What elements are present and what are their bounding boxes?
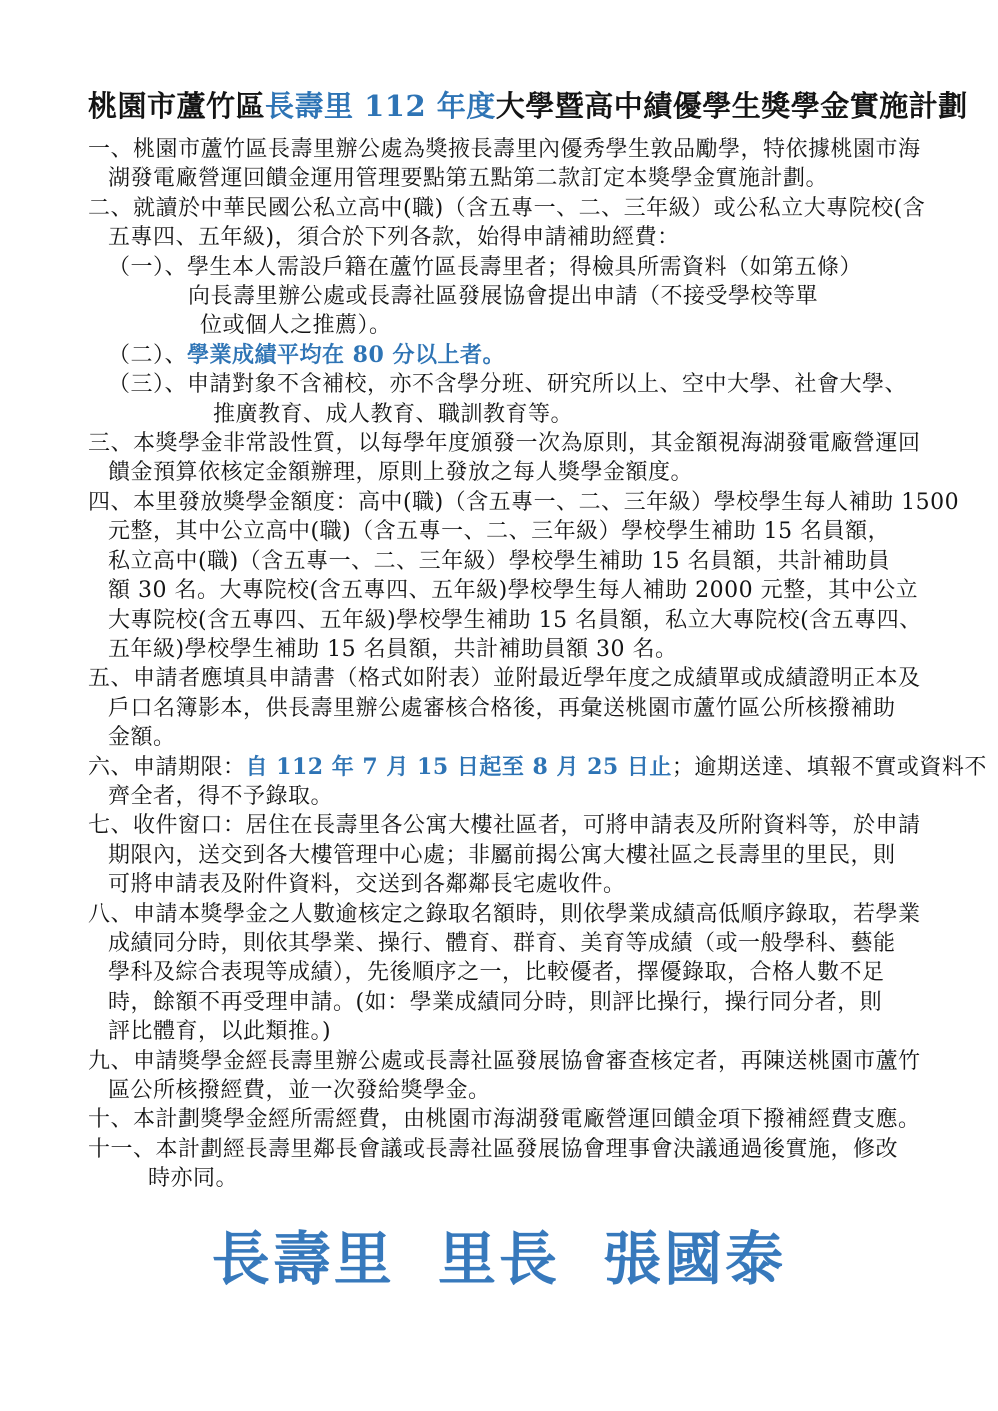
body-line: 一、桃園市蘆竹區長壽里辦公處為獎掖長壽里內優秀學生敦品勵學，特依據桃園市海 [88,135,968,164]
body-line: 五專四、五年級)，須合於下列各款，始得申請補助經費： [88,223,968,252]
body-line: 可將申請表及附件資料，交送到各鄰鄰長宅處收件。 [88,870,968,899]
body-line: 四、本里發放獎學金額度：高中(職)（含五專一、二、三年級）學校學生每人補助 15… [88,488,968,517]
body-line: （二）、學業成績平均在 80 分以上者。 [88,341,968,370]
line-label: （二）、 [108,343,187,368]
line-post: ；逾期送達、填報不實或資料不 [672,755,987,780]
body-line: 大專院校(含五專四、五年級)學校學生補助 15 名員額，私立大專院校(含五專四、 [88,606,968,635]
body-line: 時亦同。 [88,1164,968,1193]
body-line: 位或個人之推薦）。 [88,311,968,340]
body-line: 向長壽里辦公處或長壽社區發展協會提出申請（不接受學校等單 [88,282,968,311]
body-line: 金額。 [88,723,968,752]
body-line: 成績同分時，則依其學業、操行、體育、群育、美育等成績（或一般學科、藝能 [88,929,968,958]
body-line: 五、申請者應填具申請書（格式如附表）並附最近學年度之成績單或成績證明正本及 [88,664,968,693]
body-line: 私立高中(職)（含五專一、二、三年級）學校學生補助 15 名員額，共計補助員 [88,547,968,576]
body-line: 五年級)學校學生補助 15 名員額，共計補助員額 30 名。 [88,635,968,664]
body-line: 湖發電廠營運回饋金運用管理要點第五點第二款訂定本獎學金實施計劃。 [88,164,968,193]
body-line: （三）、申請對象不含補校，亦不含學分班、研究所以上、空中大學、社會大學、 [88,370,968,399]
body-line: 三、本獎學金非常設性質，以每學年度頒發一次為原則，其金額視海湖發電廠營運回 [88,429,968,458]
body-line: 六、申請期限：自 112 年 7 月 15 日起至 8 月 25 日止；逾期送達… [88,753,968,782]
body-line: 七、收件窗口：居住在長壽里各公寓大樓社區者，可將申請表及所附資料等，於申請 [88,811,968,840]
document-title: 桃園市蘆竹區長壽里 112 年度大學暨高中績優學生獎學金實施計劃 [88,86,968,126]
body-line: 十、本計劃獎學金經所需經費，由桃園市海湖發電廠營運回饋金項下撥補經費支應。 [88,1105,968,1134]
body-line: （一）、學生本人需設戶籍在蘆竹區長壽里者；得檢具所需資料（如第五條） [88,253,968,282]
body-line: 推廣教育、成人教育、職訓教育等。 [88,400,968,429]
body-line: 饋金預算依核定金額辦理，原則上發放之每人獎學金額度。 [88,458,968,487]
body-line: 元整，其中公立高中(職)（含五專一、二、三年級）學校學生補助 15 名員額， [88,517,968,546]
document-body: 一、桃園市蘆竹區長壽里辦公處為獎掖長壽里內優秀學生敦品勵學，特依據桃園市海 湖發… [88,135,968,1194]
body-line: 區公所核撥經費，並一次發給獎學金。 [88,1076,968,1105]
document-page: 桃園市蘆竹區長壽里 112 年度大學暨高中績優學生獎學金實施計劃 一、桃園市蘆竹… [0,0,998,1411]
title-highlight: 長壽里 112 年度 [265,89,496,123]
body-line: 戶口名簿影本，供長壽里辦公處審核合格後，再彙送桃園市蘆竹區公所核撥補助 [88,694,968,723]
body-line: 學科及綜合表現等成績），先後順序之一，比較優者，擇優錄取，合格人數不足 [88,958,968,987]
body-line: 評比體育，以此類推。) [88,1017,968,1046]
line-label: 六、申請期限： [88,755,246,780]
body-line: 額 30 名。大專院校(含五專四、五年級)學校學生每人補助 2000 元整，其中… [88,576,968,605]
highlighted-text: 學業成績平均在 80 分以上者。 [187,342,505,368]
body-line: 九、申請獎學金經長壽里辦公處或長壽社區發展協會審查核定者，再陳送桃園市蘆竹 [88,1047,968,1076]
body-line: 時，餘額不再受理申請。(如：學業成績同分時，則評比操行，操行同分者，則 [88,988,968,1017]
village-chief-signature: 長壽里 里長 張國泰 [0,1220,998,1298]
title-post: 大學暨高中績優學生獎學金實施計劃 [496,89,968,123]
title-pre: 桃園市蘆竹區 [88,89,265,123]
body-line: 齊全者，得不予錄取。 [88,782,968,811]
document-content: 桃園市蘆竹區長壽里 112 年度大學暨高中績優學生獎學金實施計劃 一、桃園市蘆竹… [88,86,968,1194]
body-line: 期限內，送交到各大樓管理中心處；非屬前揭公寓大樓社區之長壽里的里民，則 [88,841,968,870]
body-line: 八、申請本獎學金之人數逾核定之錄取名額時，則依學業成績高低順序錄取，若學業 [88,900,968,929]
body-line: 二、就讀於中華民國公私立高中(職)（含五專一、二、三年級）或公私立大專院校(含 [88,194,968,223]
highlighted-text: 自 112 年 7 月 15 日起至 8 月 25 日止 [246,754,672,780]
body-line: 十一、本計劃經長壽里鄰長會議或長壽社區發展協會理事會決議通過後實施，修改 [88,1135,968,1164]
